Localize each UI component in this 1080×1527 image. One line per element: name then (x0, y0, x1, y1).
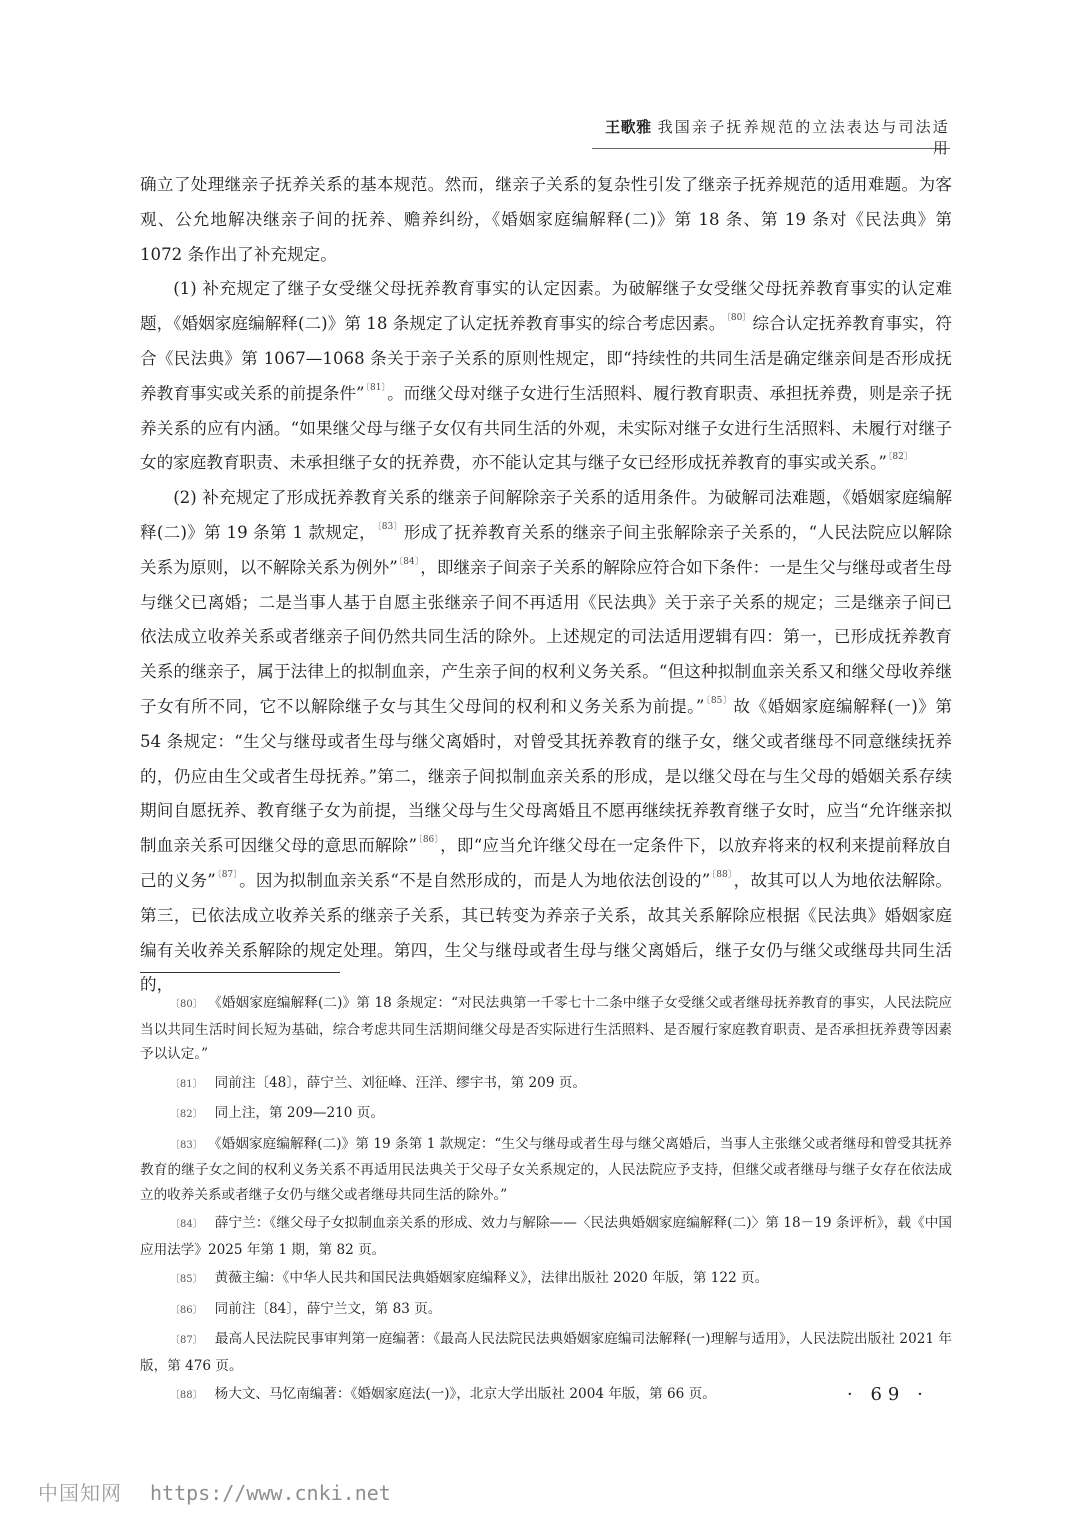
footnote-reference[interactable]: 〔86〕 (418, 835, 439, 845)
footnote-text: 《婚姻家庭编解释(二)》第 19 条第 1 款规定：“生父与继母或者生母与继父离… (140, 1136, 952, 1203)
footnote-item: 〔82〕同上注，第 209—210 页。 (140, 1101, 952, 1128)
footnote-number: 〔87〕 (170, 1335, 203, 1346)
footnote-reference[interactable]: 〔88〕 (711, 870, 732, 880)
footnote-item: 〔80〕《婚姻家庭编解释(二)》第 18 条规定：“对民法典第一千零七十二条中继… (140, 991, 952, 1067)
paragraph-text: 。因为拟制血亲关系“不是自然形成的，而是人为地依法创设的” (239, 871, 710, 890)
footnote-text: 同前注〔84〕，薛宁兰文，第 83 页。 (215, 1301, 442, 1317)
footnote-item: 〔86〕同前注〔84〕，薛宁兰文，第 83 页。 (140, 1297, 952, 1324)
footnote-reference[interactable]: 〔80〕 (726, 313, 751, 323)
paragraph-text: ，即继亲子间亲子关系的解除应符合如下条件：一是生父与继母或者生母与继父已离婚；二… (140, 558, 952, 716)
footnote-text: 黄薇主编：《中华人民共和国民法典婚姻家庭编释义》，法律出版社 2020 年版，第… (215, 1270, 769, 1286)
body-text: 确立了处理继亲子抚养关系的基本规范。然而，继亲子关系的复杂性引发了继亲子抚养规范… (140, 168, 952, 1003)
footnote-item: 〔87〕最高人民法院民事审判第一庭编著：《最高人民法院民法典婚姻家庭编司法解释(… (140, 1327, 952, 1378)
page-number: · 69 · (847, 1384, 929, 1405)
footnote-text: 同前注〔48〕，薛宁兰、刘征峰、汪洋、缪宇书，第 209 页。 (215, 1075, 586, 1091)
footnote-reference[interactable]: 〔85〕 (705, 696, 732, 706)
body-paragraph: (2) 补充规定了形成抚养教育关系的继亲子间解除亲子关系的适用条件。为破解司法难… (140, 481, 952, 1003)
footnote-text: 薛宁兰：《继父母子女拟制血亲关系的形成、效力与解除——〈民法典婚姻家庭编解释(二… (140, 1215, 952, 1258)
footnote-number: 〔80〕 (170, 999, 203, 1010)
paragraph-text: 确立了处理继亲子抚养关系的基本规范。然而，继亲子关系的复杂性引发了继亲子抚养规范… (140, 175, 952, 264)
footnote-number: 〔82〕 (170, 1109, 203, 1120)
watermark-url[interactable]: https://www.cnki.net (150, 1481, 391, 1505)
paragraph-text: 故《婚姻家庭编解释(一)》第 54 条规定：“生父与继母或者生母与继父离婚时，对… (140, 697, 952, 855)
watermark: 中国知网https://www.cnki.net (38, 1477, 391, 1506)
footnote-number: 〔83〕 (170, 1140, 203, 1151)
footnote-reference[interactable]: 〔82〕 (888, 452, 913, 462)
footnote-number: 〔88〕 (170, 1390, 203, 1401)
footnote-item: 〔84〕薛宁兰：《继父母子女拟制血亲关系的形成、效力与解除——〈民法典婚姻家庭编… (140, 1211, 952, 1262)
footnote-text: 最高人民法院民事审判第一庭编著：《最高人民法院民法典婚姻家庭编司法解释(一)理解… (140, 1331, 952, 1374)
footnote-item: 〔81〕同前注〔48〕，薛宁兰、刘征峰、汪洋、缪宇书，第 209 页。 (140, 1071, 952, 1098)
footnote-reference[interactable]: 〔83〕 (377, 522, 403, 532)
header-author: 王歌雅 (605, 118, 652, 136)
header-title: 我国亲子抚养规范的立法表达与司法适用 (658, 118, 950, 157)
footnote-reference[interactable]: 〔84〕 (399, 557, 420, 567)
footnote-reference[interactable]: 〔81〕 (366, 383, 387, 393)
running-header: 王歌雅我国亲子抚养规范的立法表达与司法适用 (592, 116, 950, 149)
footnotes: 〔80〕《婚姻家庭编解释(二)》第 18 条规定：“对民法典第一千零七十二条中继… (140, 991, 952, 1413)
footnote-item: 〔83〕《婚姻家庭编解释(二)》第 19 条第 1 款规定：“生父与继母或者生母… (140, 1132, 952, 1208)
footnote-reference[interactable]: 〔87〕 (217, 870, 238, 880)
footnote-item: 〔88〕杨大文、马忆南编著：《婚姻家庭法(一)》，北京大学出版社 2004 年版… (140, 1382, 952, 1409)
footnote-text: 同上注，第 209—210 页。 (215, 1105, 384, 1121)
body-paragraph: 确立了处理继亲子抚养关系的基本规范。然而，继亲子关系的复杂性引发了继亲子抚养规范… (140, 168, 952, 272)
footnote-item: 〔85〕黄薇主编：《中华人民共和国民法典婚姻家庭编释义》，法律出版社 2020 … (140, 1266, 952, 1293)
body-paragraph: (1) 补充规定了继子女受继父母抚养教育事实的认定因素。为破解继子女受继父母抚养… (140, 272, 952, 481)
footnote-number: 〔86〕 (170, 1305, 203, 1316)
footnote-text: 杨大文、马忆南编著：《婚姻家庭法(一)》，北京大学出版社 2004 年版，第 6… (215, 1386, 716, 1402)
footnote-number: 〔84〕 (170, 1219, 203, 1230)
footnote-number: 〔85〕 (170, 1274, 203, 1285)
watermark-name: 中国知网 (38, 1481, 122, 1505)
footnote-text: 《婚姻家庭编解释(二)》第 18 条规定：“对民法典第一千零七十二条中继子女受继… (140, 995, 952, 1062)
footnote-number: 〔81〕 (170, 1079, 203, 1090)
footnote-divider (140, 972, 340, 973)
